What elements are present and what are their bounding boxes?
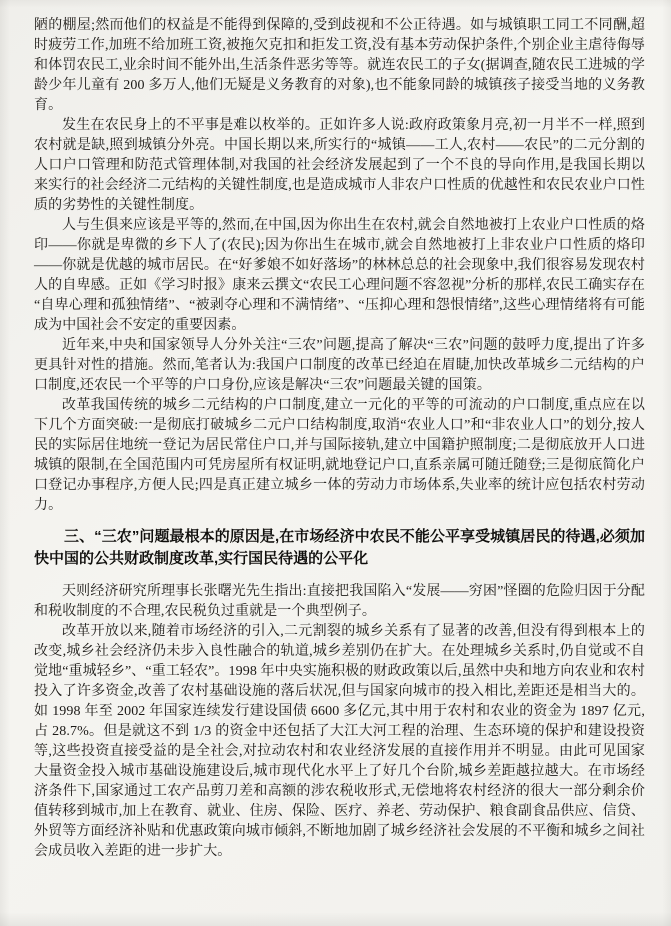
section-heading: 三、“三农”问题最根本的原因是,在市场经济中农民不能公平享受城镇居民的待遇,必须… [34, 526, 645, 570]
paragraph-unfair-policy: 发生在农民身上的不平事是难以枚举的。正如许多人说:政府政策象月亮,初一月半不一样… [34, 116, 645, 216]
scanned-page: 陋的棚屋;然而他们的权益是不能得到保障的,受到歧视和不公正待遇。如与城镇职工同工… [0, 0, 671, 926]
paragraph-sannong-reform: 近年来,中央和国家领导人分外关注“三农”问题,提高了解决“三农”问题的鼓呼力度,… [34, 336, 645, 396]
paragraph-hukou-reform-points: 改革我国传统的城乡二元结构的户口制度,建立一元化的平等的可流动的户口制度,重点应… [34, 396, 645, 516]
paragraph-urban-rural-gap: 改革开放以来,随着市场经济的引入,二元割裂的城乡关系有了显著的改善,但没有得到根… [34, 622, 645, 862]
paragraph-hukou-stigma: 人与生俱来应该是平等的,然而,在中国,因为你出生在农村,就会自然地被打上农业户口… [34, 216, 645, 336]
paragraph-continuation: 陋的棚屋;然而他们的权益是不能得到保障的,受到歧视和不公正待遇。如与城镇职工同工… [34, 16, 645, 116]
paragraph-tianze-quote: 天则经济研究所理事长张曙光先生指出:直接把我国陷入“发展——穷困”怪圈的危险归因… [34, 582, 645, 622]
